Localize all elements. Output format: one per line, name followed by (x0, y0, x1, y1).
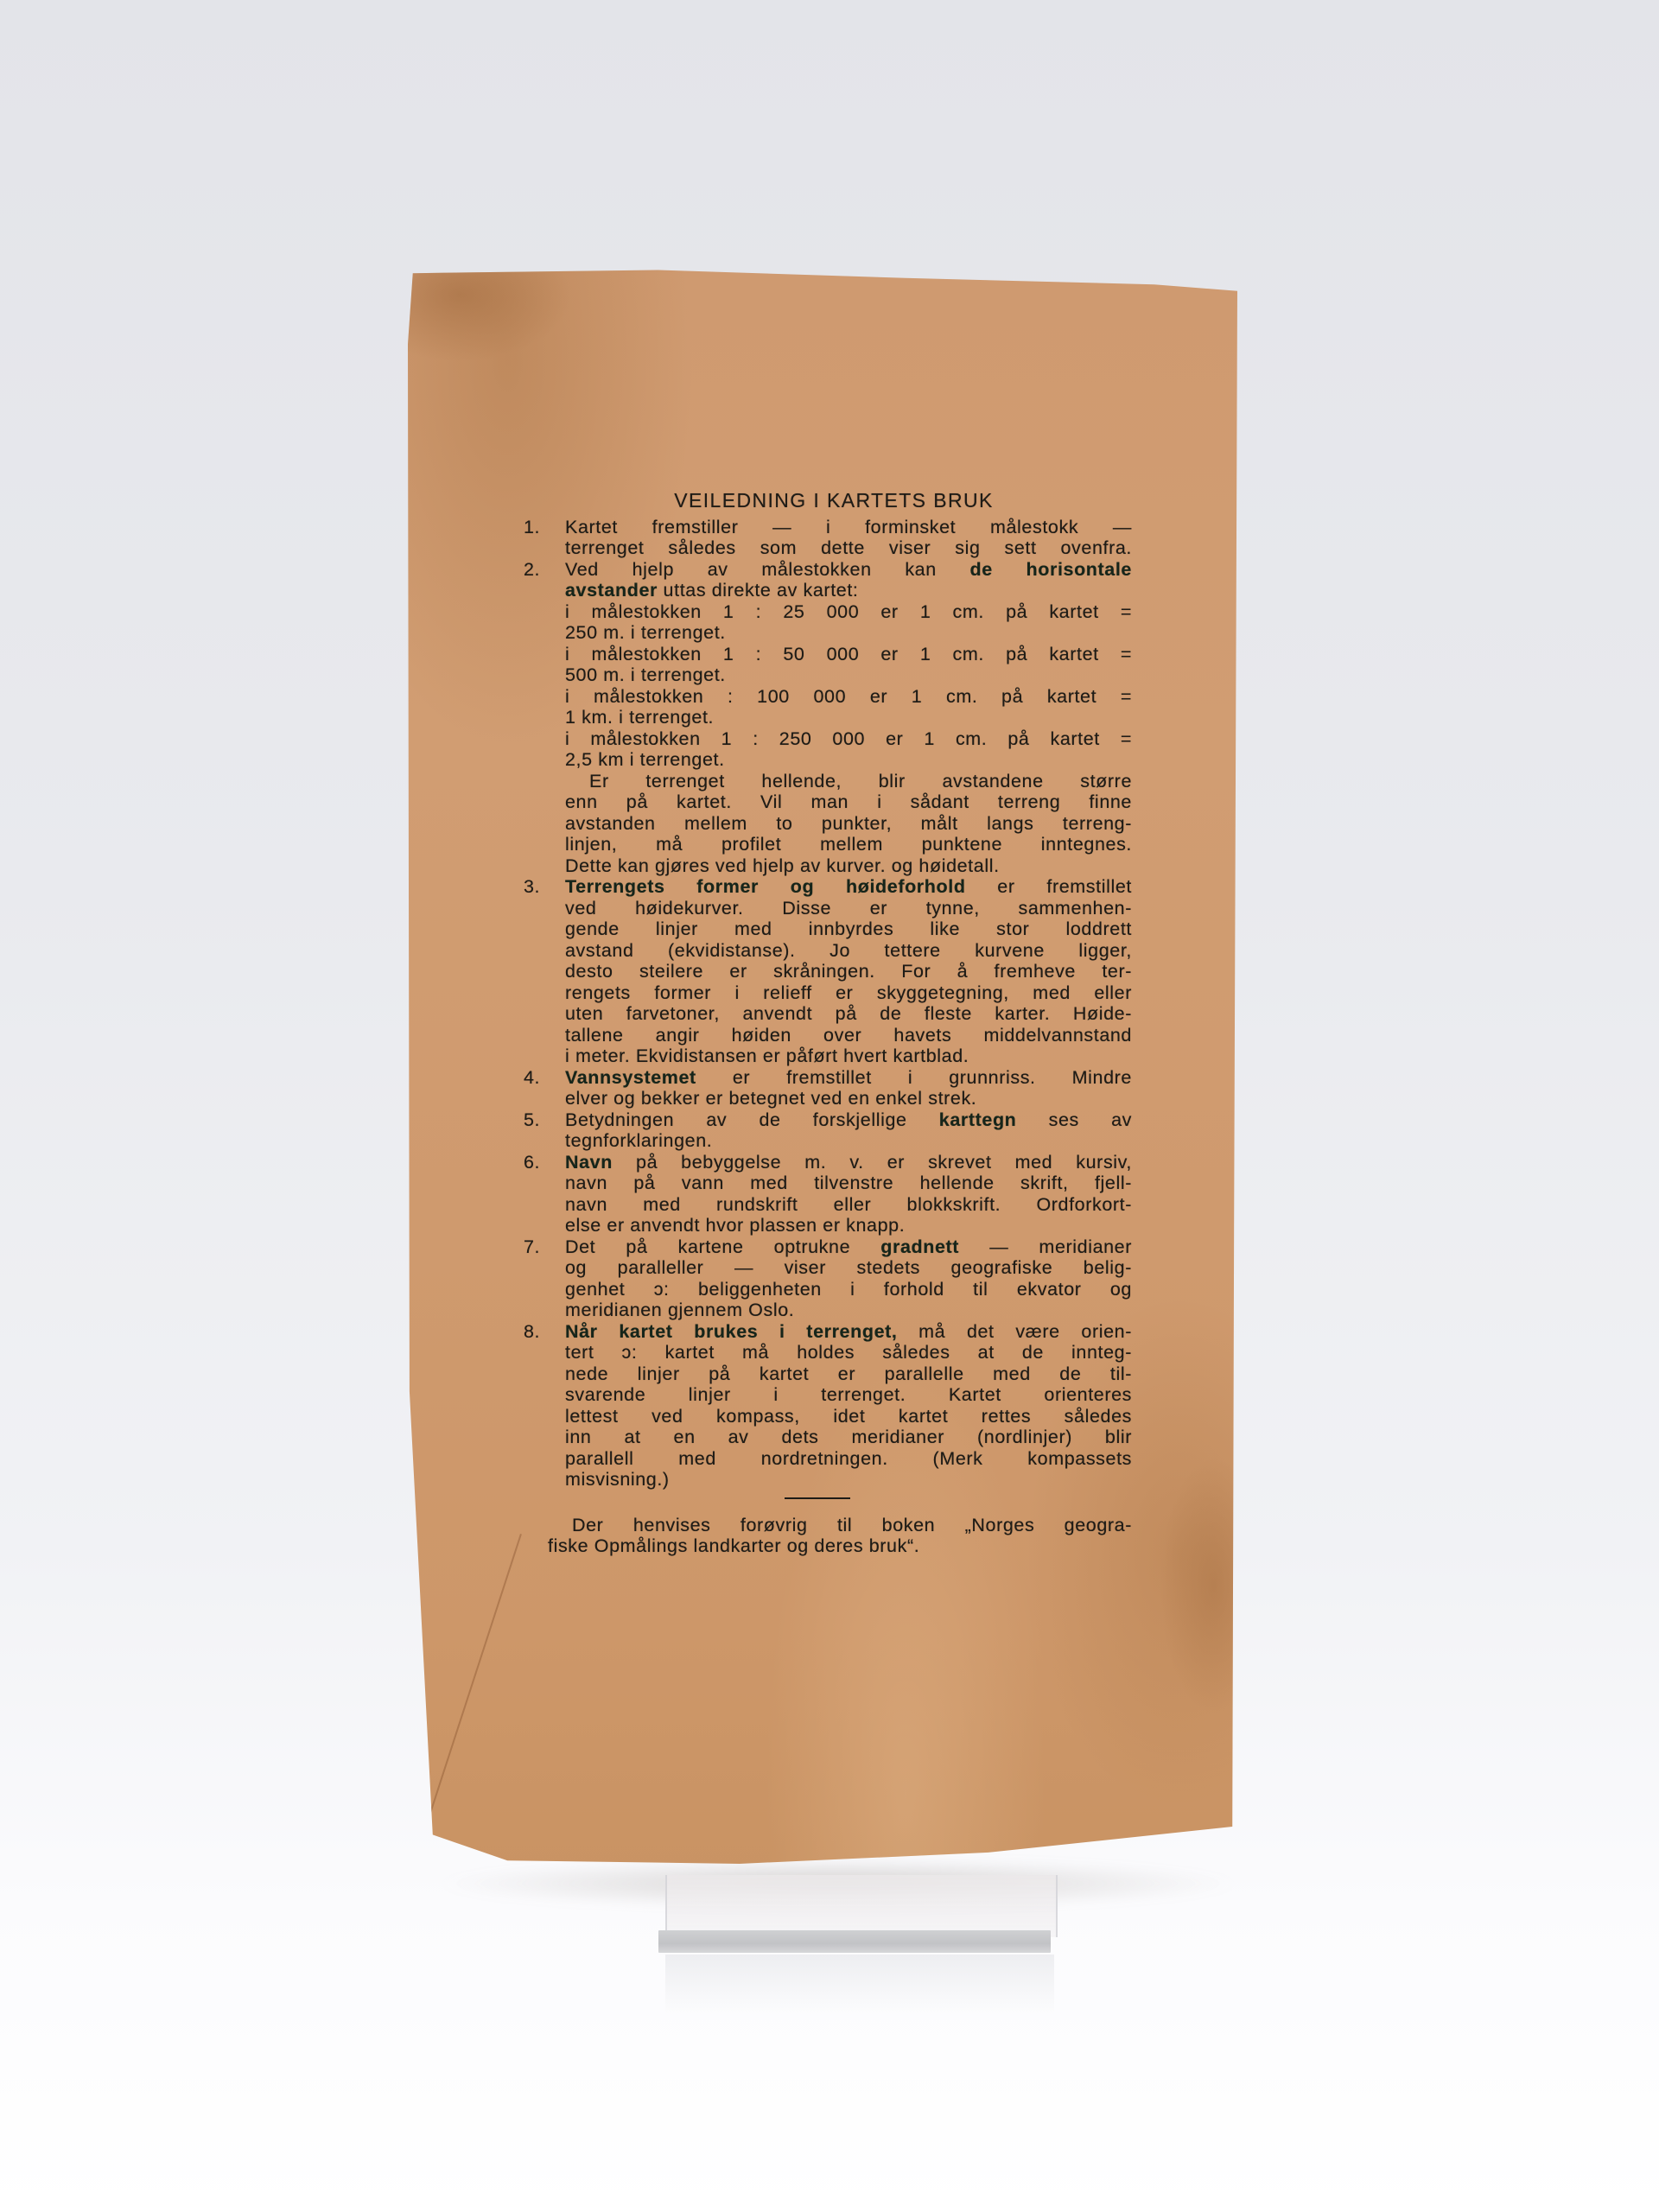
stand-reflection (665, 1955, 1054, 2015)
item-line: Navn på bebyggelse m. v. er skrevet med … (565, 1152, 1132, 1173)
item-line: Terrengets former og høideforhold er fre… (565, 876, 1132, 898)
item-line: Vannsystemet er fremstillet i grunnriss.… (565, 1067, 1132, 1089)
scale-line: i målestokken 1 : 250 000 er 1 cm. på ka… (565, 728, 1132, 750)
item-line: nede linjer på kartet er parallelle med … (565, 1363, 1132, 1385)
bold-term: Vannsystemet (565, 1067, 696, 1088)
scale-list: i målestokken 1 : 25 000 er 1 cm. på kar… (565, 601, 1132, 771)
page-title: VEILEDNING I KARTETS BRUK (510, 490, 1132, 512)
paragraph-line: enn på kartet. Vil man i sådant terreng … (565, 791, 1132, 813)
item-line: meridianen gjennem Oslo. (565, 1300, 1132, 1321)
scale-line: i målestokken 1 : 25 000 er 1 cm. på kar… (565, 601, 1132, 623)
bold-term: gradnett (880, 1236, 959, 1257)
item-line: tert ɔ: kartet må holdes således at de i… (565, 1342, 1132, 1363)
list-item: 5.Betydningen av de forskjellige kartteg… (510, 1109, 1132, 1152)
item-line: navn med rundskrift eller blokkskrift. O… (565, 1194, 1132, 1216)
list-item: 7.Det på kartene optrukne gradnett — mer… (510, 1236, 1132, 1321)
scale-line: 500 m. i terrenget. (565, 664, 1132, 686)
item-line: rengets former i relieff er skyggetegnin… (565, 982, 1132, 1004)
paragraph-line: avstanden mellem to punkter, målt langs … (565, 813, 1132, 835)
item-number: 3. (510, 876, 565, 898)
item-number: 5. (510, 1109, 565, 1131)
item-line: tallene angir høiden over havets middelv… (565, 1025, 1132, 1046)
item-number: 4. (510, 1067, 565, 1089)
item-line: tegnforklaringen. (565, 1130, 1132, 1152)
acrylic-stand (665, 1875, 1058, 1937)
item-line: elver og bekker er betegnet ved en enkel… (565, 1088, 1132, 1109)
list-item: 8.Når kartet brukes i terrenget, må det … (510, 1321, 1132, 1491)
paragraph-line: Dette kan gjøres ved hjelp av kurver. og… (565, 855, 1132, 877)
item-line: uten farvetoner, anvendt på de fleste ka… (565, 1003, 1132, 1025)
bold-term: de horisontale (970, 559, 1132, 580)
water-stain (408, 264, 581, 367)
scale-line: 2,5 km i terrenget. (565, 749, 1132, 771)
item-number: 1. (510, 517, 565, 538)
acrylic-stand-edge (658, 1930, 1051, 1953)
bold-term: Når kartet brukes i terrenget, (565, 1321, 897, 1342)
item-line: Betydningen av de forskjellige karttegn … (565, 1109, 1132, 1131)
list-item: 6.Navn på bebyggelse m. v. er skrevet me… (510, 1152, 1132, 1236)
list-item: 2. Ved hjelp av målestokken kan de horis… (510, 559, 1132, 877)
list-item: 1. Kartet fremstiller — i forminsket mål… (510, 517, 1132, 559)
bold-term: Navn (565, 1152, 613, 1173)
item-line: lettest ved kompass, idet kartet rettes … (565, 1406, 1132, 1427)
paragraph-line: linjen, må profilet mellem punktene innt… (565, 834, 1132, 855)
divider (785, 1497, 850, 1499)
item-line: avstand (ekvidistanse). Jo tettere kurve… (565, 940, 1132, 962)
item-number: 8. (510, 1321, 565, 1343)
item-line: navn på vann med tilvenstre hellende skr… (565, 1173, 1132, 1194)
bold-term: Terrengets former og høideforhold (565, 876, 966, 897)
list-item: 3.Terrengets former og høideforhold er f… (510, 876, 1132, 1067)
item-line: Når kartet brukes i terrenget, må det væ… (565, 1321, 1132, 1343)
item-line: gende linjer med innbyrdes like stor lod… (565, 918, 1132, 940)
item-number: 6. (510, 1152, 565, 1173)
reference-note: Der henvises forøvrig til boken „Norges … (510, 1515, 1132, 1557)
paragraph: Er terrenget hellende, blir avstandene s… (565, 771, 1132, 877)
map-cover-back: VEILEDNING I KARTETS BRUK 1. Kartet frem… (408, 264, 1237, 1875)
item-line: ved høidekurver. Disse er tynne, sammenh… (565, 898, 1132, 919)
item-line: og paralleller — viser stedets geografis… (565, 1257, 1132, 1279)
item-line: desto steilere er skråningen. For å frem… (565, 961, 1132, 982)
scale-line: 1 km. i terrenget. (565, 707, 1132, 728)
scale-line: i målestokken 1 : 50 000 er 1 cm. på kar… (565, 644, 1132, 665)
scale-line: 250 m. i terrenget. (565, 622, 1132, 644)
list-item: 4.Vannsystemet er fremstillet i grunnris… (510, 1067, 1132, 1109)
instructions-text: VEILEDNING I KARTETS BRUK 1. Kartet frem… (510, 490, 1132, 1557)
paragraph-line: Er terrenget hellende, blir avstandene s… (565, 771, 1132, 792)
item-line: genhet ɔ: beliggenheten i forhold til ek… (565, 1279, 1132, 1300)
item-line: i meter. Ekvidistansen er påført hvert k… (565, 1046, 1132, 1067)
bold-term: karttegn (939, 1109, 1017, 1130)
item-line: else er anvendt hvor plassen er knapp. (565, 1215, 1132, 1236)
item-line: inn at en av dets meridianer (nordlinjer… (565, 1427, 1132, 1448)
item-line: misvisning.) (565, 1469, 1132, 1491)
paper-crease (413, 1534, 522, 1863)
scale-line: i målestokken : 100 000 er 1 cm. på kart… (565, 686, 1132, 708)
item-number: 7. (510, 1236, 565, 1258)
item-line: svarende linjer i terrenget. Kartet orie… (565, 1384, 1132, 1406)
item-line: Det på kartene optrukne gradnett — merid… (565, 1236, 1132, 1258)
list-items: 3.Terrengets former og høideforhold er f… (510, 876, 1132, 1491)
water-stain (1160, 1456, 1237, 1715)
item-number: 2. (510, 559, 565, 581)
bold-term: avstander (565, 580, 658, 601)
item-line: parallell med nordretningen. (Merk kompa… (565, 1448, 1132, 1470)
